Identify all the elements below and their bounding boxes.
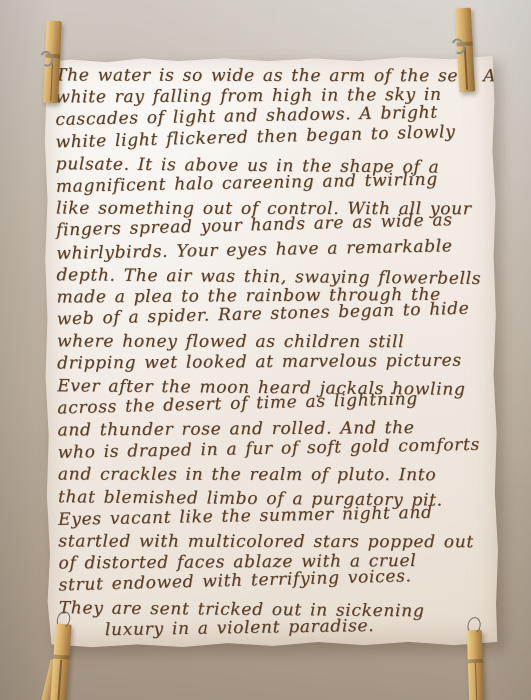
poem-line: The water is so wide as the arm of the s… bbox=[55, 65, 491, 88]
clothespin-wood bbox=[467, 630, 485, 700]
clothespin-bottom-right bbox=[467, 630, 485, 700]
poem-line: and crackles in the realm of pluto. Into bbox=[58, 464, 494, 487]
paper-sheet: The water is so wide as the arm of the s… bbox=[43, 55, 499, 648]
photograph: The water is so wide as the arm of the s… bbox=[0, 0, 531, 700]
poem-line: depth. The air was thin, swaying flowerb… bbox=[56, 264, 492, 290]
poem-line: dripping wet looked at marvelous picture… bbox=[57, 350, 493, 375]
poem-line: where honey flowed as children still bbox=[57, 331, 493, 354]
poem-line: startled with multicolored stars popped … bbox=[58, 530, 494, 553]
handwritten-poem: The water is so wide as the arm of the s… bbox=[43, 55, 499, 641]
